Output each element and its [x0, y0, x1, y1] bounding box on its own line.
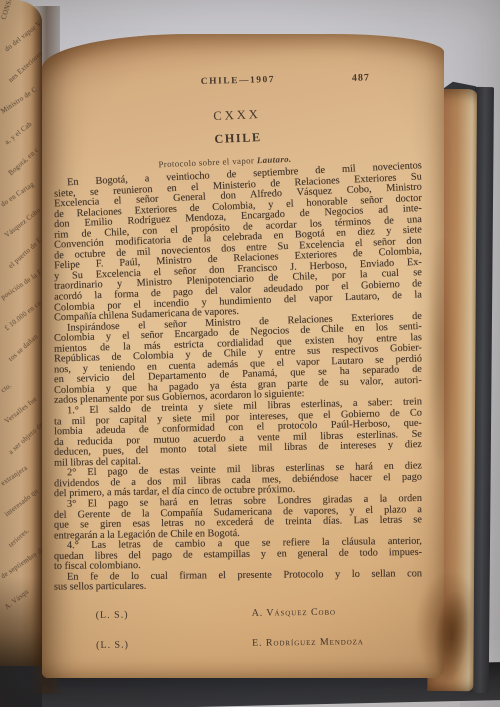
running-head-title: CHILE—1907 — [201, 75, 276, 87]
running-head: CHILE—1907 487 — [54, 71, 422, 91]
signatory-name: A. Vásquez Cobo — [252, 607, 336, 619]
seal-mark: (L. S.) — [96, 610, 129, 621]
page-number: 487 — [336, 72, 386, 84]
vessel-name: Lautaro. — [257, 154, 292, 165]
signature-block: (L. S.) A. Vásquez Cobo (L. S.) E. Rodrí… — [54, 605, 423, 670]
main-page: CHILE—1907 487 CXXX CHILE Protocolo sobr… — [42, 34, 444, 678]
subtitle-text: Protocolo sobre el vapor — [158, 155, 257, 169]
text-line: sus sellos particulares. — [54, 580, 422, 594]
body-text: En Bogotá, a veintiocho de septiembre de… — [54, 170, 422, 592]
stain — [428, 240, 454, 460]
seal-mark: (L. S.) — [96, 640, 129, 651]
signatory-name: E. Rodríguez Mendoza — [252, 636, 364, 649]
left-page-text-fragment: CONSULARES — [1, 0, 26, 21]
signature-row: (L. S.) E. Rodríguez Mendoza — [54, 635, 422, 670]
book-photo: CONSULARESdo del vapor Vnes ExterioresMi… — [0, 0, 500, 707]
